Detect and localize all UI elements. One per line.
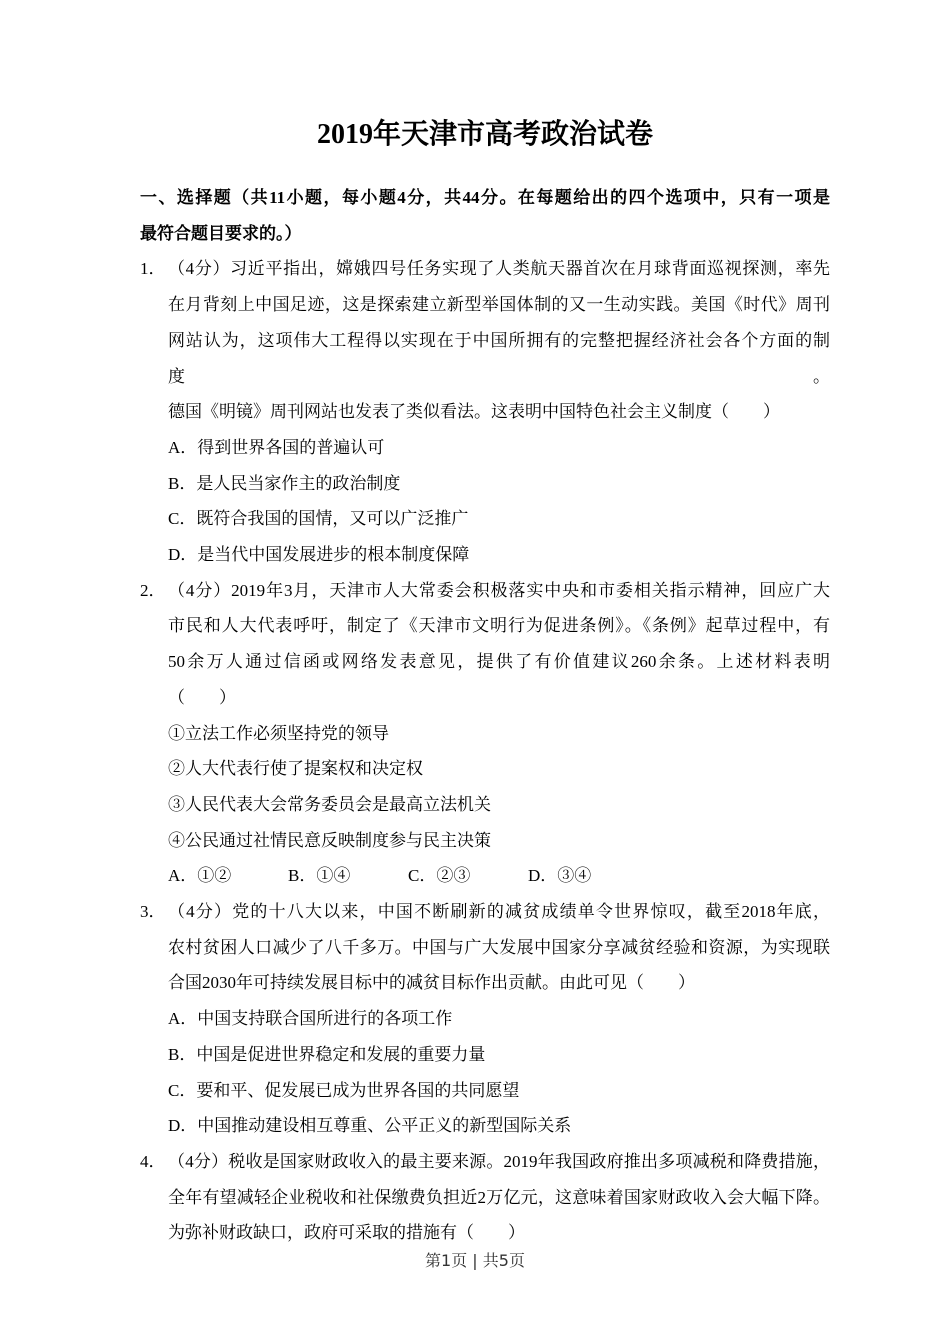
question-4-stem-line-1: （4分）税收是国家财政收入的最主要来源。2019年我国政府推出多项减税和降费措施… bbox=[168, 1144, 830, 1180]
question-2-stem-line-3: 50余万人通过信函或网络发表意见，提供了有价值建议260余条。上述材料表明 bbox=[168, 644, 830, 680]
question-1: 1． （4分）习近平指出，嫦娥四号任务实现了人类航天器首次在月球背面巡视探测，率… bbox=[140, 251, 830, 572]
section-heading: 一、选择题（共11小题，每小题4分，共44分。在每题给出的四个选项中，只有一项是… bbox=[140, 180, 830, 251]
question-3-stem-line-2: 农村贫困人口减少了八千多万。中国与广大发展中国家分享减贫经验和资源，为实现联 bbox=[168, 930, 830, 966]
question-3-number: 3． bbox=[140, 894, 168, 930]
question-2-number: 2． bbox=[140, 573, 168, 609]
question-1-option-c: C．既符合我国的国情，又可以广泛推广 bbox=[168, 501, 830, 537]
question-3-stem-line-3: 合国2030年可持续发展目标中的减贫目标作出贡献。由此可见（ ） bbox=[168, 965, 830, 1001]
page-footer: 第1页 | 共5页 bbox=[0, 1248, 950, 1271]
question-2-stem-line-1: （4分）2019年3月，天津市人大常委会积极落实中央和市委相关指示精神，回应广大 bbox=[168, 573, 830, 609]
question-3-stem-line-1: （4分）党的十八大以来，中国不断刷新的减贫成绩单令世界惊叹，截至2018年底， bbox=[168, 894, 830, 930]
question-3-content: （4分）党的十八大以来，中国不断刷新的减贫成绩单令世界惊叹，截至2018年底， … bbox=[168, 894, 830, 1144]
question-3-option-c: C．要和平、促发展已成为世界各国的共同愿望 bbox=[168, 1073, 830, 1109]
question-2-stem-line-2: 市民和人大代表呼吁，制定了《天津市文明行为促进条例》。《条例》起草过程中，有 bbox=[168, 608, 830, 644]
question-4-content: （4分）税收是国家财政收入的最主要来源。2019年我国政府推出多项减税和降费措施… bbox=[168, 1144, 830, 1251]
question-2-item-3: ③人民代表大会常务委员会是最高立法机关 bbox=[168, 787, 830, 823]
exam-body: 一、选择题（共11小题，每小题4分，共44分。在每题给出的四个选项中，只有一项是… bbox=[140, 180, 830, 1251]
question-1-option-a: A．得到世界各国的普遍认可 bbox=[168, 430, 830, 466]
question-1-stem-line-3: 网站认为，这项伟大工程得以实现在于中国所拥有的完整把握经济社会各个方面的制度。 bbox=[168, 323, 830, 394]
section-heading-line-1: 一、选择题（共11小题，每小题4分，共44分。在每题给出的四个选项中，只有一项是 bbox=[140, 180, 830, 216]
question-1-stem-line-4: 德国《明镜》周刊网站也发表了类似看法。这表明中国特色社会主义制度（ ） bbox=[168, 394, 830, 430]
exam-paper-page: 2019年天津市高考政治试卷 一、选择题（共11小题，每小题4分，共44分。在每… bbox=[0, 0, 950, 1344]
section-heading-line-2: 最符合题目要求的。） bbox=[140, 216, 830, 252]
question-2-option-d: D．③④ bbox=[528, 858, 648, 894]
question-1-stem-line-2: 在月背刻上中国足迹，这是探索建立新型举国体制的又一生动实践。美国《时代》周刊 bbox=[168, 287, 830, 323]
question-2-item-2: ②人大代表行使了提案权和决定权 bbox=[168, 751, 830, 787]
question-2-item-1: ①立法工作必须坚持党的领导 bbox=[168, 716, 830, 752]
question-2-option-c: C．②③ bbox=[408, 858, 528, 894]
question-3-option-d: D．中国推动建设相互尊重、公平正义的新型国际关系 bbox=[168, 1108, 830, 1144]
question-1-stem-line-1: （4分）习近平指出，嫦娥四号任务实现了人类航天器首次在月球背面巡视探测，率先 bbox=[168, 251, 830, 287]
question-3-option-b: B．中国是促进世界稳定和发展的重要力量 bbox=[168, 1037, 830, 1073]
question-2-option-a: A．①② bbox=[168, 858, 288, 894]
question-2-item-4: ④公民通过社情民意反映制度参与民主决策 bbox=[168, 823, 830, 859]
question-4-stem-line-2: 全年有望减轻企业税收和社保缴费负担近2万亿元，这意味着国家财政收入会大幅下降。 bbox=[168, 1180, 830, 1216]
question-4: 4． （4分）税收是国家财政收入的最主要来源。2019年我国政府推出多项减税和降… bbox=[140, 1144, 830, 1251]
question-1-number: 1． bbox=[140, 251, 168, 287]
question-3-option-a: A．中国支持联合国所进行的各项工作 bbox=[168, 1001, 830, 1037]
question-2: 2． （4分）2019年3月，天津市人大常委会积极落实中央和市委相关指示精神，回… bbox=[140, 573, 830, 894]
exam-title: 2019年天津市高考政治试卷 bbox=[140, 112, 830, 158]
question-1-content: （4分）习近平指出，嫦娥四号任务实现了人类航天器首次在月球背面巡视探测，率先 在… bbox=[168, 251, 830, 572]
question-3: 3． （4分）党的十八大以来，中国不断刷新的减贫成绩单令世界惊叹，截至2018年… bbox=[140, 894, 830, 1144]
question-2-options-row: A．①② B．①④ C．②③ D．③④ bbox=[168, 858, 830, 894]
question-4-number: 4． bbox=[140, 1144, 168, 1180]
question-1-option-b: B．是人民当家作主的政治制度 bbox=[168, 466, 830, 502]
question-2-content: （4分）2019年3月，天津市人大常委会积极落实中央和市委相关指示精神，回应广大… bbox=[168, 573, 830, 894]
question-2-option-b: B．①④ bbox=[288, 858, 408, 894]
question-1-option-d: D．是当代中国发展进步的根本制度保障 bbox=[168, 537, 830, 573]
question-2-stem-line-4: （ ） bbox=[168, 680, 830, 716]
question-4-stem-line-3: 为弥补财政缺口，政府可采取的措施有（ ） bbox=[168, 1215, 830, 1251]
